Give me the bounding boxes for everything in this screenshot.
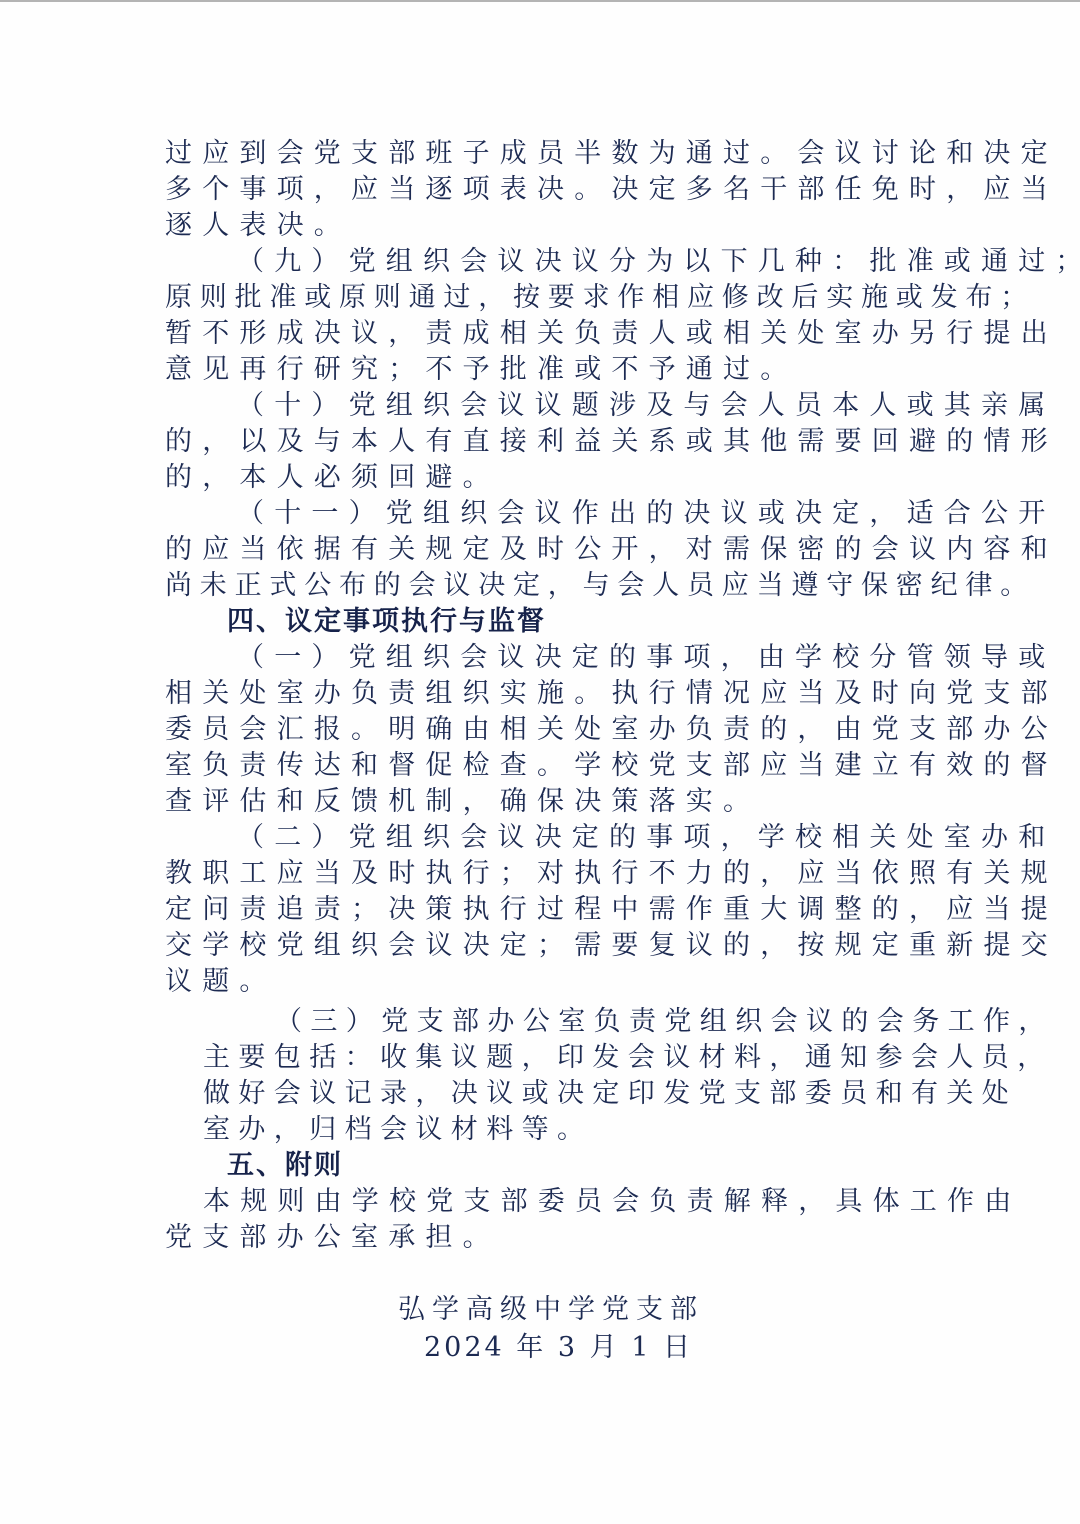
text-line: 逐人表决。 xyxy=(165,208,351,244)
clause-9: （九）党组织会议决议分为以下几种：批准或通过； xyxy=(237,244,1080,280)
section-heading-4: 四、议定事项执行与监督 xyxy=(227,604,546,640)
clause-11: （十一）党组织会议作出的决议或决定，适合公开 xyxy=(237,496,1055,532)
page-top-edge xyxy=(0,0,1080,2)
signature-date: 2024 年 3 月 1 日 xyxy=(424,1330,693,1366)
text-line: 意见再行研究；不予批准或不予通过。 xyxy=(165,352,797,388)
text-line: 查评估和反馈机制，确保决策落实。 xyxy=(165,784,760,820)
text-line: 的，以及与本人有直接利益关系或其他需要回避的情形 xyxy=(165,424,1058,460)
text-line: 尚未正式公布的会议决定，与会人员应当遵守保密纪律。 xyxy=(165,568,1035,604)
section-heading-5: 五、附则 xyxy=(227,1148,343,1184)
text-line: 党支部办公室承担。 xyxy=(165,1220,500,1256)
text-line: 暂不形成决议，责成相关负责人或相关处室办另行提出 xyxy=(165,316,1058,352)
text-line: 做好会议记录，决议或决定印发党支部委员和有关处 xyxy=(203,1076,1017,1112)
text-line: 交学校党组织会议决定；需要复议的，按规定重新提交 xyxy=(165,928,1058,964)
text-line: 主要包括：收集议题，印发会议材料，通知参会人员， xyxy=(203,1040,1053,1076)
text-line: 教职工应当及时执行；对执行不力的，应当依照有关规 xyxy=(165,856,1058,892)
signature-organization: 弘学高级中学党支部 xyxy=(398,1292,704,1328)
text-line: 委员会汇报。明确由相关处室办负责的，由党支部办公 xyxy=(165,712,1058,748)
clause-4-3: （三）党支部办公室负责党组织会议的会务工作， xyxy=(275,1004,1054,1040)
text-line: 原则批准或原则通过，按要求作相应修改后实施或发布； xyxy=(165,280,1035,316)
clause-4-1: （一）党组织会议决定的事项，由学校分管领导或 xyxy=(237,640,1055,676)
text-line: 多个事项，应当逐项表决。决定多名干部任免时，应当 xyxy=(165,172,1058,208)
text-line: 室负责传达和督促检查。学校党支部应当建立有效的督 xyxy=(165,748,1058,784)
text-line: 相关处室办负责组织实施。执行情况应当及时向党支部 xyxy=(165,676,1058,712)
text-line: 过应到会党支部班子成员半数为通过。会议讨论和决定 xyxy=(165,136,1058,172)
text-line: 室办，归档会议材料等。 xyxy=(203,1112,592,1148)
text-line: 的应当依据有关规定及时公开，对需保密的会议内容和 xyxy=(165,532,1058,568)
text-line: 本规则由学校党支部委员会负责解释，具体工作由 xyxy=(203,1184,1021,1220)
text-line: 的，本人必须回避。 xyxy=(165,460,500,496)
clause-10: （十）党组织会议议题涉及与会人员本人或其亲属 xyxy=(237,388,1055,424)
clause-4-2: （二）党组织会议决定的事项，学校相关处室办和 xyxy=(237,820,1055,856)
text-line: 议题。 xyxy=(165,964,277,1000)
text-line: 定问责追责；决策执行过程中需作重大调整的，应当提 xyxy=(165,892,1058,928)
